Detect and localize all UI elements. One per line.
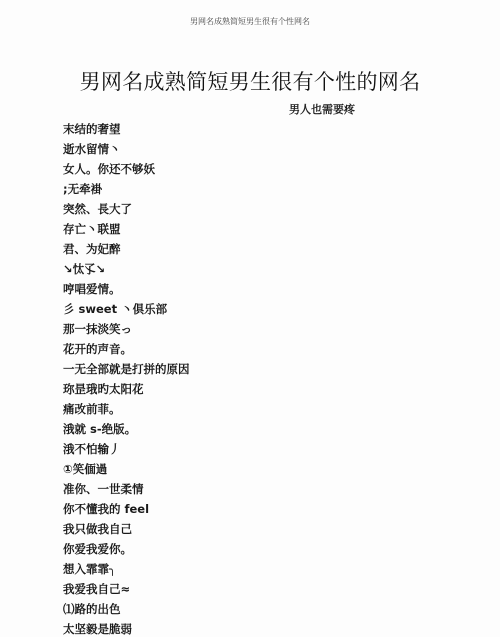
list-item: 彡 sweet 丶俱乐部 <box>63 299 190 319</box>
list-item: 女人。你还不够妖 <box>63 159 190 179</box>
list-item: 涐就 s-绝版。 <box>63 419 190 439</box>
list-item: 珎昰珴旳太阳花 <box>63 379 190 399</box>
list-item: 你爱我爱你。 <box>63 539 190 559</box>
list-item: 我只做我自己 <box>63 519 190 539</box>
page-title: 男网名成熟简短男生很有个性的网名 <box>0 66 500 96</box>
list-item: 逝水留情丶 <box>63 139 190 159</box>
list-item: 那一抹淡笑っ <box>63 319 190 339</box>
list-item: 哼唱爱情。 <box>63 279 190 299</box>
list-item: 痛改前菲。 <box>63 399 190 419</box>
list-item: 太坚毅是脆弱 <box>63 619 190 637</box>
page-subtitle: 男人也需要疼 <box>289 101 355 117</box>
list-item: 存亡丶联盟 <box>63 219 190 239</box>
list-item: 花开的声音。 <box>63 339 190 359</box>
list-item: ⑴路的出色 <box>63 599 190 619</box>
list-item: 想入霏霏╮ <box>63 559 190 579</box>
list-item: 末结的奢望 <box>63 119 190 139</box>
list-item: 准你、一世柔情 <box>63 479 190 499</box>
list-item: ↘忲孓↘ <box>63 259 190 279</box>
list-item: ①笑偭過 <box>63 459 190 479</box>
list-item: 我爱我自己≈ <box>63 579 190 599</box>
list-item: 一无全部就是打拼的原因 <box>63 359 190 379</box>
list-item: 涐不怕输丿 <box>63 439 190 459</box>
list-item: ;无牵褂 <box>63 179 190 199</box>
running-header: 男网名成熟简短男生很有个性网名 <box>0 16 500 27</box>
name-list: 末结的奢望 逝水留情丶 女人。你还不够妖 ;无牵褂 突然、長大了 存亡丶联盟 君… <box>63 119 190 637</box>
list-item: 你不懂我的 feel <box>63 499 190 519</box>
list-item: 君、为妃醉 <box>63 239 190 259</box>
list-item: 突然、長大了 <box>63 199 190 219</box>
